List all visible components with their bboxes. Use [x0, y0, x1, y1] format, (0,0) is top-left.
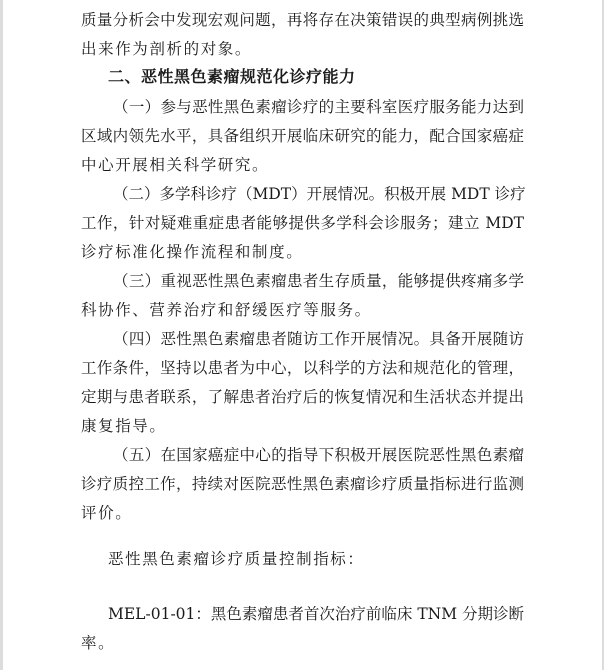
page-border-left — [0, 0, 3, 670]
text-line: 评价。 — [81, 503, 132, 523]
text-line: 工作条件，坚持以患者为中心，以科学的方法和规范化的管理， — [81, 358, 524, 378]
text-line: （三）重视恶性黑色素瘤患者生存质量，能够提供疼痛多学 — [113, 271, 524, 291]
text-line: （四）恶性黑色素瘤患者随访工作开展情况。具备开展随访 — [113, 329, 524, 349]
text-line: 科协作、营养治疗和舒缓医疗等服务。 — [81, 300, 372, 320]
text-line: 质量分析会中发现宏观问题，再将存在决策错误的典型病例挑选 — [81, 10, 524, 30]
text-line: （五）在国家癌症中心的指导下积极开展医院恶性黑色素瘤 — [113, 445, 524, 465]
text-line: 康复指导。 — [81, 416, 167, 436]
text-line: 工作，针对疑难重症患者能够提供多学科会诊服务；建立 MDT — [81, 213, 524, 233]
text-line: 出来作为剖析的对象。 — [81, 39, 252, 59]
text-line: 诊疗标准化操作流程和制度。 — [81, 242, 303, 262]
section-heading: 二、恶性黑色素瘤规范化诊疗能力 — [108, 67, 356, 87]
text-line: 中心开展相关科学研究。 — [81, 155, 269, 175]
text-line: 定期与患者联系，了解患者治疗后的恢复情况和生活状态并提出 — [81, 387, 524, 407]
text-line: 诊疗质控工作，持续对医院恶性黑色素瘤诊疗质量指标进行监测 — [81, 474, 524, 494]
text-line: 区域内领先水平，具备组织开展临床研究的能力，配合国家癌症 — [81, 126, 524, 146]
text-line: （一）参与恶性黑色素瘤诊疗的主要科室医疗服务能力达到 — [113, 97, 524, 117]
text-line: 恶性黑色素瘤诊疗质量控制指标： — [108, 549, 365, 569]
text-line: （二）多学科诊疗（MDT）开展情况。积极开展 MDT 诊疗 — [113, 184, 524, 204]
text-line: MEL-01-01：黑色素瘤患者首次治疗前临床 TNM 分期诊断 — [108, 604, 524, 624]
text-line: 率。 — [81, 633, 115, 653]
